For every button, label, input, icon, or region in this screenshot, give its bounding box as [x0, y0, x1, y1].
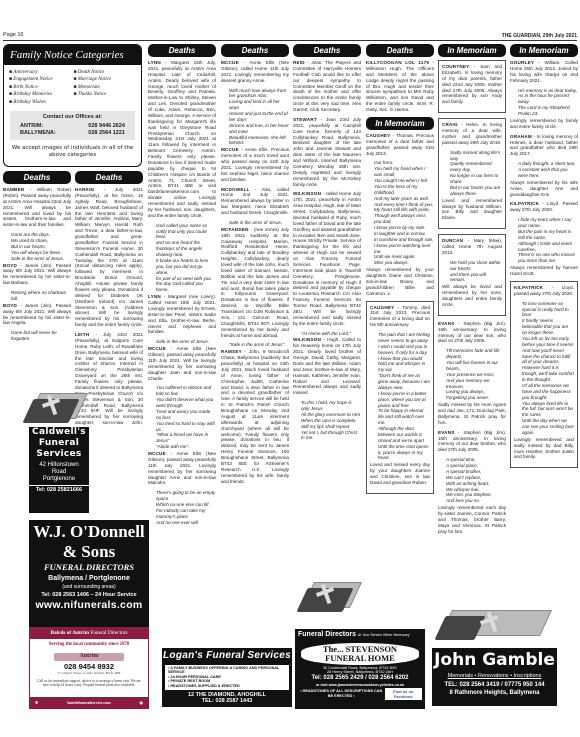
verse-line: It broke our hearts to lose you, but you…: [156, 258, 216, 276]
ad-stevenson-funeral-home: Funeral Directors At Your Service When N…: [295, 629, 425, 709]
verse-line: Until the day when we can see your smili…: [522, 418, 574, 436]
notice-name: MCDOWELL: [221, 187, 250, 192]
verse-line: I hide my tears when I say your name,: [518, 217, 578, 229]
notice-text: MCCUE - Annie Ellis (Nee Gibson), called…: [221, 60, 289, 84]
notice-signoff: Always remembered by his wife Annie, dau…: [510, 180, 578, 198]
verse-line: Resting where no shadows fall.: [11, 290, 71, 302]
notice-item: MCCUE - Annie Ellis (Nee Gibson), called…: [221, 60, 289, 146]
section-banner: Deaths: [366, 44, 434, 57]
category-item: Birth Notice: [9, 85, 72, 91]
notice-item: WILKINSON - called Home July 17th, 2021,…: [293, 191, 361, 336]
category-item: Death Notice: [74, 70, 137, 76]
ad-logans-funeral: Logan's Funeral Services • A FAMILY BUSI…: [162, 648, 292, 707]
notice-verse: Our hero.You held my hand when I was sma…: [366, 160, 434, 266]
odonnell-website[interactable]: www.nifunerals.com: [29, 599, 149, 612]
ad-bairds-of-antrim: Bairds of Antrim Funeral Directors Servi…: [29, 627, 149, 709]
verse-line: God called your name so softly that only…: [156, 223, 216, 241]
notice-text: GRAHAM - In loving memory of Holmes, a d…: [510, 134, 578, 158]
notice-item: MCCUE - Annie Ellis (Nee Gibson), passed…: [148, 451, 216, 526]
notice-verse: Resting where no shadows fall.: [3, 290, 71, 302]
notice-name: RAMSEY: [221, 349, 242, 354]
categories-title: Family Notice Categories: [4, 45, 141, 65]
notice-name: WILKINSON: [293, 191, 321, 196]
verse-line: Safe in the arms of Jesus.: [11, 256, 71, 262]
notice-signoff: Lovingly remembered and sadly missed by …: [514, 437, 574, 461]
verse-line: And your memory we treasure,: [446, 378, 506, 390]
notice-body: - William Robert (Robin). Passed away pe…: [3, 187, 71, 227]
verse-line: In laughter and in sorrow,: [374, 231, 434, 237]
notice-body: - (nee Jones) July 19th 2021 suddenly at…: [221, 227, 289, 338]
notice-signoff: Will always be loved and remembered by h…: [442, 284, 502, 308]
column-deaths-1: DeathsBAMBER - William Robert (Robin). P…: [3, 171, 71, 343]
verse-line: and no-one heard the footsteps of the an…: [156, 240, 216, 258]
notice-verse: The pain that I am feeling never seems t…: [370, 332, 430, 461]
notice-text: KILLYCOOGAN LOL 1175 - Wilkinson Hugh. T…: [366, 60, 434, 113]
verse-line: And no-one ever will.: [156, 520, 216, 526]
notice-text: DUNCAN - Mary (Mae), called Home 7th Aug…: [442, 238, 502, 256]
verse-line: Beautiful memories, she left behind.: [229, 135, 289, 147]
notice-body: - Margaret 15th July, 2021, peacefully a…: [148, 60, 216, 218]
category-item: Engagement Notice: [9, 77, 72, 83]
notice-text: REID - Jean. The Players and Committee o…: [293, 60, 361, 113]
verse-line: To this I hold, my hope is only Jesus: [301, 400, 361, 412]
notice-name: MCCUE: [221, 60, 239, 65]
notice-item: MCCUE - Annie Ellis (Nee Gibson), passed…: [148, 346, 216, 450]
notice-text: MCCUE - Annie Ellis (Nee Gibson), passed…: [148, 451, 216, 486]
column-deaths-3: DeathsLYNN - Margaret 15th July, 2021, p…: [148, 44, 216, 644]
notice-text: KILPATRICK - Lloyd, passed away 27th Jul…: [514, 285, 574, 297]
notice-text: WILKINSON - Hugh. Called to his Heavenly…: [293, 337, 361, 396]
bairds-logo-icon: ❦: [35, 700, 38, 705]
notice-item: KILPATRICK - Lloyd, passed away 27th Jul…: [510, 281, 578, 468]
notice-item: LYNN - Margaret (nee Lowry). Called Home…: [148, 294, 216, 345]
notice-body: - Jean 23rd July 2021, peacefully at Cam…: [293, 117, 361, 187]
notice-name: CRAIG: [442, 122, 458, 127]
notice-body: - Sam and Elizabeth. In loving memory of…: [442, 64, 502, 104]
verse-line: Of all the memories we have and the happ…: [522, 383, 574, 401]
verse-line: As in the hour he passed away.: [518, 93, 578, 105]
notice-item: BOYD - James (Jim). Passed away 6th July…: [3, 303, 71, 342]
verse-line: Safe in the arms of Jesus.: [156, 339, 216, 345]
verse-line: I know you're watching over me,: [374, 243, 434, 255]
notice-text: EVANS - Stephen (Big Jim). 16th annivers…: [438, 321, 506, 345]
notice-signoff: Lovingly remembered by family and entire…: [510, 118, 578, 130]
verse-line: When the race is complete,: [301, 418, 361, 424]
category-item: Birthday Wishes: [9, 100, 72, 106]
notice-text: MCFADDEN - (nee Jones) July 19th 2021 su…: [221, 227, 289, 339]
notice-name: GRAHAM: [510, 134, 532, 139]
notice-verse: Till memories fade and life departs,You …: [438, 348, 506, 401]
notice-name: MCCUE: [148, 346, 166, 351]
bible-icon: [28, 387, 86, 425]
verse-line: You held my hand when I was small,: [374, 166, 434, 178]
notice-verse: With much love always from her grandson …: [221, 88, 289, 147]
section-banner: Deaths: [75, 171, 143, 184]
verse-line: There's going to be an empty space: [156, 490, 216, 502]
verse-line: And love you so.: [446, 498, 506, 504]
notice-body: - called Home July 17th, 2021, peacefull…: [293, 191, 361, 325]
verse-line: And my later years as well.: [374, 196, 434, 202]
verse-line: Which no-one else can fill: [156, 502, 216, 508]
contact-box: Contact our Offices at: ANTRIM:028 9446 …: [10, 111, 135, 140]
verse-line: Sadly missed along life's way: [450, 150, 502, 162]
notice-signoff: Always remembered by fiancee Hazel Scott…: [510, 265, 578, 277]
column-deaths-4: DeathsMCCUE - Annie Ellis (Nee Gibson), …: [221, 44, 289, 644]
verse-line: In sunshine and through rain,: [374, 237, 434, 243]
notice-verse: Safe in the arms of Jesus.: [148, 339, 216, 345]
category-item: Anniversary: [9, 70, 72, 76]
notice-item: DUNCAN - Mary (Mae), called Home 7th Aug…: [438, 234, 506, 316]
notice-signoff: Always remembered by your daughters Dian…: [366, 267, 434, 296]
notice-item: CAUGHEY - Thomas. Precious memories of a…: [366, 133, 434, 297]
notice-verse: Sadly missed along life's wayQuietly rem…: [442, 150, 502, 197]
verse-line: I know that you would hold me and whispe…: [378, 356, 430, 374]
verse-line: You're the hero of my childhood,: [374, 184, 434, 196]
notice-verse: A special time,A special place,A special…: [438, 457, 506, 504]
notice-text: HARKIN - July 2021 (Peacefully), at his …: [75, 187, 143, 328]
notice-text: LYNN - Margaret (nee Lowry). Called Home…: [148, 294, 216, 335]
verse-line: There is no one who misses you more than…: [518, 252, 578, 264]
verse-line: I know you're by my side.: [374, 225, 434, 231]
notice-name: BAMBER: [3, 187, 24, 192]
notice-verse: Gone but will never be forgotten.: [3, 330, 71, 342]
notice-item: COURTNEY - Sam and Elizabeth. In loving …: [438, 60, 506, 113]
images-note: We accept images of individuals in all o…: [4, 143, 141, 161]
verse-line: Sincere and true, in her heart and mine: [229, 123, 289, 135]
notice-verse: To this I hold, my hope is only JesusAll…: [293, 400, 361, 441]
verse-line: Although I smile and seem carefree,: [518, 241, 578, 253]
notice-name: KILPATRICK: [514, 285, 543, 290]
section-banner: Deaths: [3, 171, 71, 184]
verse-line: "What a friend we have in Jesus": [156, 432, 216, 444]
notice-name: BOYD: [3, 303, 17, 308]
column-memoriam-8: In MemoriamGOURLEY - William. Called Hom…: [510, 44, 578, 599]
verse-line: You tried so hard to stay with us.: [156, 421, 216, 433]
page-header: Page 16 THE GUARDIAN, 29th July 2021: [3, 31, 577, 41]
notice-verse: Safe in the arms of Jesus.: [221, 220, 289, 226]
verse-line: Gone but will never be forgotten.: [11, 330, 71, 342]
category-item: Memoriam: [74, 85, 137, 91]
section-banner: In Memoriam: [438, 44, 506, 57]
verse-line: You suffered in silence and told so few: [156, 385, 216, 397]
notice-text: MCCUE - Annie Ellis. Precious memories o…: [221, 147, 289, 182]
verse-line: You will live forever in our hearts,: [446, 360, 506, 372]
contact-heading: Contact our Offices at:: [14, 114, 131, 121]
notice-name: LEITH: [75, 332, 89, 337]
page-number: Page 16: [3, 32, 24, 39]
verse-line: We hold you close within our hearts: [450, 260, 502, 272]
notice-name: MCFADDEN: [221, 227, 249, 232]
notice-verse: There's going to be an empty spaceWhich …: [148, 490, 216, 525]
notice-item: EVANS - Stephen (Big Jim). 16th annivers…: [438, 321, 506, 426]
notice-text: BOYD - James (Jim). Passed away 6th July…: [3, 303, 71, 327]
verse-line: But in our hearts you are always there.: [450, 185, 502, 197]
notice-text: KILPATRICK - Lloyd. Passed away 27th Jul…: [510, 201, 578, 213]
notice-signoff: Loved and missed every day by your daugh…: [370, 462, 430, 486]
notice-item: WILKINSON - Hugh. Called to his Heavenly…: [293, 337, 361, 441]
section-banner: Deaths: [148, 44, 216, 57]
verse-line: Forgetting you never.: [446, 395, 506, 401]
section-banner: Deaths: [293, 44, 361, 57]
notice-item: KILLYCOOGAN LOL 1175 - Wilkinson Hugh. T…: [366, 60, 434, 113]
notice-text: RAMSEY - John, 9 Woodcroft Chase, Ballym…: [221, 349, 289, 484]
verse-line: Yet not I, but through Christ in me.: [301, 430, 361, 442]
family-notice-categories: Family Notice Categories Anniversary Dea…: [3, 44, 142, 167]
notice-verse: Gone are the days.We used to share,But i…: [3, 232, 71, 261]
notice-name: EVANS: [438, 321, 455, 326]
verse-line: Until the time God opens it, you're alwa…: [378, 444, 430, 462]
notice-signoff: Lovingly remembered each day by sister J…: [438, 505, 506, 534]
verse-line: It hardly seems believable that you are …: [522, 318, 574, 336]
notice-item: MCDOWELL - Alex, called Home 2nd July 20…: [221, 187, 289, 226]
notice-item: REID - Jean. The Players and Committee o…: [293, 60, 361, 113]
verse-line: and there you will remain.: [450, 272, 502, 284]
notice-name: EVANS: [438, 430, 455, 435]
verse-line: The pain that I am feeling never seems t…: [378, 332, 430, 344]
caldwell-tel: Tel: 028 25821666: [29, 485, 89, 494]
notice-text: CRAIG - Helen. In loving memory of a dea…: [442, 122, 502, 146]
notice-item: KILPATRICK - Lloyd. Passed away 27th Jul…: [510, 201, 578, 277]
notice-text: COURTNEY - Sam and Elizabeth. In loving …: [442, 64, 502, 105]
notice-signoff: Loved and remembered always by husband W…: [442, 198, 502, 222]
verse-line: You always lived life to the full, but o…: [522, 401, 574, 419]
notice-body: - Margaret (nee Lowry). Called Home 18th…: [148, 294, 216, 334]
bible-icon: [302, 576, 360, 614]
notice-signoff: Sadly missed by his mum Agnes and dad Jo…: [438, 402, 506, 426]
notice-text: STEWART - Jean 23rd July 2021, peacefull…: [293, 117, 361, 188]
verse-line: "Don't think of me as gone away, because…: [378, 373, 430, 391]
verse-line: You left us far too early before your ti…: [522, 336, 574, 348]
notice-text: MCDOWELL - Alex, called Home 2nd July 20…: [221, 187, 289, 216]
verse-line: Quietly remembered every day.: [450, 161, 502, 173]
category-item: Marriage Notice: [74, 77, 137, 83]
notice-item: BAMBER - William Robert (Robin). Passed …: [3, 187, 71, 262]
notice-name: COURTNEY: [442, 64, 469, 69]
section-banner: In Memoriam: [366, 117, 434, 130]
column-deaths-5: DeathsREID - Jean. The Players and Commi…: [293, 44, 361, 564]
section-banner: In Memoriam: [510, 44, 578, 57]
notice-name: GOURLEY: [510, 60, 534, 65]
notice-name: LYNN: [148, 60, 161, 65]
facebook-icon[interactable]: Find us on Facebook: [385, 688, 422, 700]
verse-line: Miss you always.: [374, 260, 434, 266]
notice-body: - John, 9 Woodcroft Chase, Ballymena (su…: [221, 349, 289, 483]
notice-item: CRAIG - Helen. In loving memory of a dea…: [438, 118, 506, 229]
verse-line: "Safe in the arms of Jesus".: [229, 342, 289, 348]
notice-name: STEWART: [293, 117, 317, 122]
notice-verse: His memory is as dear today,As in the ho…: [510, 88, 578, 117]
verse-line: You caught me when I fell.: [374, 178, 434, 184]
notice-item: HARKIN - July 2021 (Peacefully), at his …: [75, 187, 143, 328]
notice-body: - Hugh. Called to his Heavenly home on 1…: [293, 337, 361, 395]
category-list: Anniversary Death Notice Engagement Noti…: [4, 65, 141, 108]
column-deaths-6: DeathsKILLYCOOGAN LOL 1175 - Wilkinson H…: [366, 44, 434, 624]
notice-text: MCCUE - Annie Ellis (Nee Gibson), passed…: [148, 346, 216, 381]
notice-text: LYNN - Margaret 15th July, 2021, peacefu…: [148, 60, 216, 219]
notice-verse: God called your name so softly that only…: [148, 223, 216, 294]
verse-line: All the glory evermore to Him: [301, 412, 361, 418]
notice-text: BOYD - James (Jim). Passed away 6th July…: [3, 263, 71, 287]
notice-name: BOYD: [3, 263, 17, 268]
notice-body: - Annie Ellis (Nee Gibson), passed away …: [148, 346, 216, 380]
verse-line: And now you'll never have the chance to …: [522, 348, 574, 366]
notice-item: MCFADDEN - (nee Jones) July 19th 2021 su…: [221, 227, 289, 349]
notice-text: CAUGHEY - Thomas. Precious memories of a…: [366, 133, 434, 157]
notice-item: MCCUE - Annie Ellis. Precious memories o…: [221, 147, 289, 182]
category-item: Thanks Notice: [74, 92, 137, 98]
notice-verse: We hold you close within our heartsand t…: [442, 260, 502, 284]
verse-line: For nobody can take my mammy's place: [156, 508, 216, 520]
verse-line: No longer in our lives to share: [450, 173, 502, 185]
verse-line: With much love always from her grandson …: [229, 88, 289, 100]
verse-line: To lose someone so special is really har…: [522, 301, 574, 319]
notice-item: EVANS - Stephen (Big Jim). 16th annivers…: [438, 430, 506, 535]
notice-item: RAMSEY - John, 9 Woodcroft Chase, Ballym…: [221, 349, 289, 484]
notice-verse: I hide my tears when I say your name,But…: [510, 217, 578, 264]
notice-name: LYNN: [148, 294, 161, 299]
verse-line: To be happy in eternal life and still wa…: [378, 408, 430, 426]
verse-line: I wish I could visit you in heaven, if o…: [378, 344, 430, 356]
notice-verse: You suffered in silence and told so fewY…: [148, 385, 216, 450]
verse-line: But the pain in my heart is still the sa…: [518, 229, 578, 241]
bible-icon: [440, 604, 560, 642]
notice-verse: "At Home with the Lord.": [293, 331, 361, 337]
notice-text: EVANS - Stephen (Big Jim). 16th annivers…: [438, 430, 506, 454]
notice-text: WILKINSON - called Home July 17th, 2021,…: [293, 191, 361, 326]
notice-item: GOURLEY - William. Called Home 25th July…: [510, 60, 578, 130]
notice-body: - Annie Ellis. Precious memories of a mu…: [221, 147, 289, 181]
notice-item: BOYD - James (Jim). Passed away 6th July…: [3, 263, 71, 302]
verse-line: Loving and kind in all her ways: [229, 99, 289, 111]
notice-name: REID: [293, 60, 305, 65]
verse-line: However hard it is though, we'll take co…: [522, 365, 574, 383]
notice-name: MCCUE: [148, 451, 166, 456]
notice-body: - Wilkinson Hugh. The Officers and Membe…: [366, 60, 434, 112]
ad-caldwells-funeral: Caldwell's Funeral Services 42 Hiltonsto…: [29, 427, 89, 513]
office-antrim: ANTRIM:028 9446 2624: [14, 123, 131, 130]
ad-john-gamble: John Gamble Memorials • Renovations • In…: [432, 648, 557, 706]
verse-line: I know you're in a better place, where y…: [378, 391, 430, 409]
notice-text: CAUGHEY - Tommy, died 31st July 2013. Pr…: [370, 305, 430, 329]
notice-name: HARKIN: [75, 187, 94, 192]
verse-line: Honest and just to the end of her days: [229, 111, 289, 123]
notice-body: - July 2021 (Peacefully), at his home, 1…: [75, 187, 143, 327]
verse-line: You didn't deserve what you went through: [156, 397, 216, 409]
column-memoriam-7: In MemoriamCOURTNEY - Sam and Elizabeth.…: [438, 44, 506, 584]
bairds-website[interactable]: bairdsfuneralservice.com: [67, 700, 110, 705]
office-ballymena: BALLYMENA:028 2564 1221: [14, 130, 131, 137]
verse-line: Safe in the arms of Jesus.: [229, 220, 289, 226]
notice-name: CAUGHEY: [366, 133, 390, 138]
notice-text: BAMBER - William Robert (Robin). Passed …: [3, 187, 71, 228]
masthead: THE GUARDIAN, 29th July 2021: [502, 33, 577, 39]
verse-line: "Abide with me".: [156, 444, 216, 450]
notice-body: - Annie Ellis (Nee Gibson), passed away …: [148, 451, 216, 485]
notice-item: STEWART - Jean 23rd July 2021, peacefull…: [293, 117, 361, 188]
notice-name: CAUGHEY: [370, 305, 394, 310]
notice-item: GRAHAM - In loving memory of Holmes, a d…: [510, 134, 578, 198]
bairds-phone: 028 9454 8932: [30, 662, 148, 672]
notice-body: - Jean. The Players and Committee of Har…: [293, 60, 361, 112]
notice-name: KILLYCOOGAN LOL 1175: [366, 60, 429, 65]
verse-line: for part of us went with you the day God…: [156, 276, 216, 294]
verse-line: Though we'll always miss you dad,: [374, 213, 434, 225]
notice-item: LYNN - Margaret 15th July, 2021, peacefu…: [148, 60, 216, 293]
notice-verse: "Safe in the arms of Jesus".: [221, 342, 289, 348]
ad-wj-odonnell: W.J. O'Donnell & Sons FUNERAL DIRECTORS …: [29, 520, 149, 628]
notice-item: CAUGHEY - Tommy, died 31st July 2013. Pr…: [366, 301, 434, 494]
verse-line: Tired and weary you made no fuss: [156, 409, 216, 421]
seal-icon: ◉: [139, 700, 143, 705]
notice-name: KILPATRICK: [510, 201, 539, 206]
verse-line: Although the door between our worlds is …: [378, 426, 430, 444]
notice-verse: To lose someone so special is really har…: [514, 301, 574, 436]
notice-name: WILKINSON: [293, 337, 321, 342]
notice-name: DUNCAN: [442, 238, 463, 243]
notice-verse: A daily thought, a silent tear,A constan…: [510, 161, 578, 179]
notice-name: MCCUE: [221, 147, 239, 152]
verse-line: Till memories fade and life departs,: [446, 348, 506, 360]
category-item: Birthday Memories: [9, 92, 72, 98]
notice-text: GOURLEY - William. Called Home 25th July…: [510, 60, 578, 84]
verse-line: A constant wish that you were here.: [518, 167, 578, 179]
section-banner: Deaths: [221, 44, 289, 57]
verse-line: The Lord is my Shepherd. Psalm 23.: [518, 105, 578, 117]
verse-line: "At Home with the Lord.": [301, 331, 361, 337]
